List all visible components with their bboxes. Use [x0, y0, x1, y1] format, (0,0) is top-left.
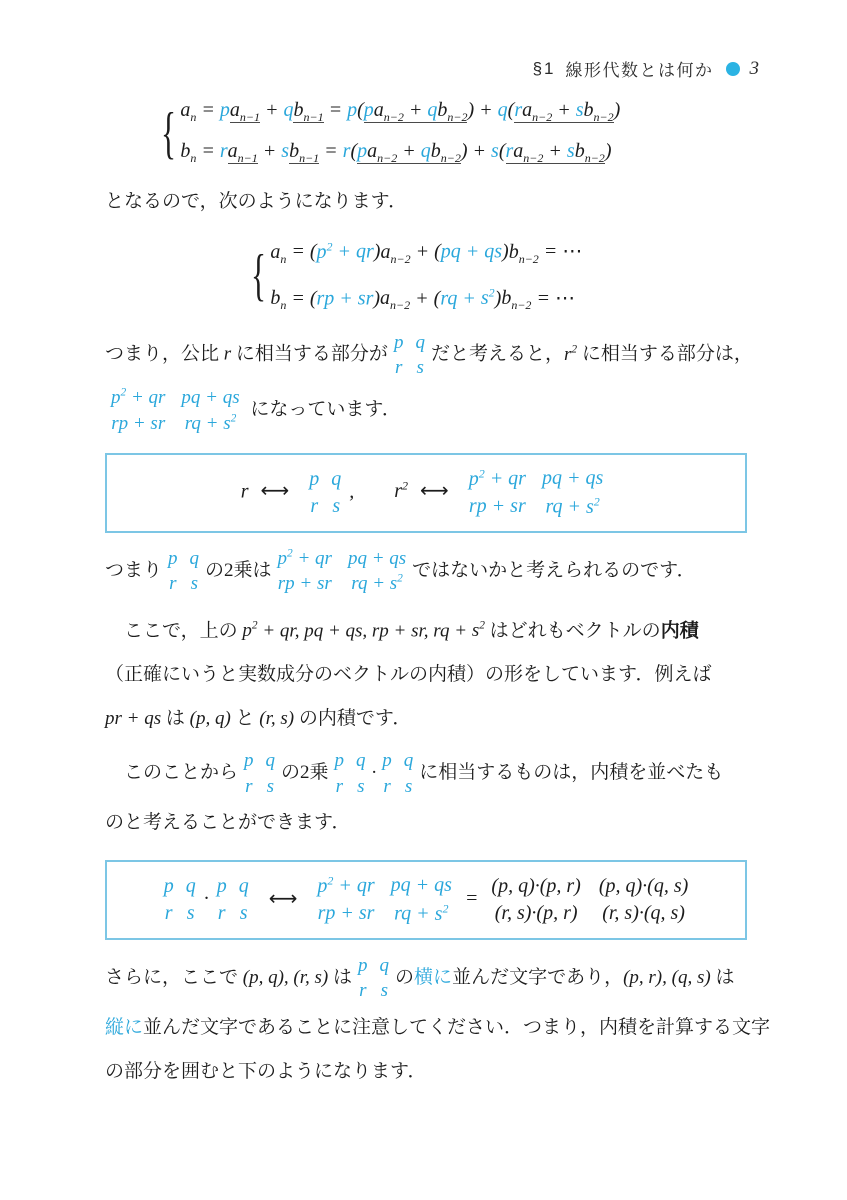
text-run: p	[309, 468, 319, 490]
text-run: bn−2	[437, 99, 467, 121]
text-run: )	[461, 140, 468, 162]
text-run: q	[421, 140, 431, 162]
matrix-cell: rq + s2	[185, 411, 237, 437]
text-run: an	[270, 241, 286, 263]
matrix-cell: q	[186, 873, 196, 900]
text-run: r	[383, 776, 390, 797]
text-run: bn−2	[431, 140, 461, 162]
matrix-cell: (p, q)·(q, s)	[599, 873, 688, 900]
text-run: s	[381, 980, 388, 1001]
text-line: p2 + qrpq + qsrp + srrq + s2 になっています．	[105, 385, 747, 436]
math-lines: r⟷pqrs,r2⟷p2 + qrpq + qsrp + srrq + s2	[107, 465, 745, 520]
matrix-product-box: pqrs·pqrs⟷p2 + qrpq + qsrp + srrq + s2 =…	[105, 860, 747, 939]
math-lines: さらに，ここで (p, q), (r, s) はpqrsの横に並んだ文字であり，…	[105, 953, 747, 1092]
matrix-2x2: pqrs	[164, 873, 196, 927]
text-run: s2	[481, 287, 495, 309]
text-run: ·	[204, 888, 209, 910]
left-right-arrow-icon: ⟷	[249, 478, 302, 502]
text-run: +	[552, 99, 576, 121]
text-run: rp + sr	[469, 495, 526, 517]
text-run: r2	[564, 344, 577, 365]
text-run: an−2	[522, 99, 552, 121]
math-lines: an = (p2 + qr)an−2 + (pq + qs)bn−2 = ⋯bn…	[270, 231, 582, 320]
matrix-cell: r	[383, 774, 390, 800]
text-run: =	[531, 287, 555, 309]
text-run: s2	[586, 496, 600, 518]
matrix-2x2: p2 + qrpq + qsrp + srrq + s2	[317, 872, 452, 927]
text-run: +	[260, 99, 284, 121]
matrix-2x2: (p, q)·(p, r)(p, q)·(q, s)(r, s)·(p, r)(…	[491, 873, 688, 927]
page-number: 3	[750, 58, 760, 80]
matrix-cell: q	[380, 953, 390, 979]
text-run: r	[359, 980, 366, 1001]
text-run: r	[169, 573, 176, 594]
math-lines: an = pan−1 + qbn−1 = p(pan−2 + qbn−2) + …	[180, 95, 620, 173]
text-run: + qr	[485, 468, 526, 490]
text-run: + qr	[293, 548, 332, 569]
text-run: ではないかと考えられるのです．	[412, 560, 695, 581]
matrix-cell: p	[335, 748, 345, 774]
text-run: q	[356, 750, 366, 771]
matrix-cell: r	[395, 355, 402, 381]
text-run: rp + sr	[317, 287, 374, 309]
text-run: rq +	[351, 573, 390, 594]
text-run: r	[218, 902, 226, 924]
text-run: s	[240, 902, 248, 924]
text-run: + (	[411, 241, 441, 263]
text-run: q	[331, 468, 341, 490]
text-run: an−2	[380, 241, 410, 263]
ellipsis-dots: ⋯	[562, 239, 582, 263]
math-lines: となるので，次のようになります．	[105, 182, 747, 222]
text-run: (	[357, 99, 364, 121]
text-line: pqrs·pqrs⟷p2 + qrpq + qsrp + srrq + s2 =…	[107, 872, 745, 927]
text-line: （正確にいうと実数成分のベクトルの内積）の形をしています．例えば	[105, 655, 747, 695]
text-run: rq +	[394, 903, 435, 925]
matrix-cell: (r, s)·(p, r)	[495, 900, 578, 927]
matrix-cell: s	[332, 493, 340, 520]
paragraph-row-column-note: さらに，ここで (p, q), (r, s) はpqrsの横に並んだ文字であり，…	[105, 953, 747, 1092]
matrix-cell: p	[168, 546, 178, 572]
paragraph-square-conjecture: つまりpqrsの2乗はp2 + qrpq + qsrp + srrq + s2で…	[105, 546, 747, 597]
text-run: bn−1	[293, 99, 323, 121]
text-line: となるので，次のようになります．	[105, 182, 747, 222]
text-run: s	[187, 902, 195, 924]
text-run: s	[405, 776, 412, 797]
text-run: (	[499, 140, 506, 162]
text-run: p	[364, 99, 374, 121]
text-run: は	[161, 708, 190, 729]
text-run: q	[190, 548, 200, 569]
text-run: =	[460, 888, 484, 910]
text-run: s	[332, 495, 340, 517]
text-run: (r, s)·(p, r)	[495, 902, 578, 924]
matrix-cell: p2 + qr	[469, 465, 526, 493]
text-run: s	[576, 99, 584, 121]
matrix-2x2: p2 + qrpq + qsrp + srrq + s2	[111, 385, 240, 436]
text-run: (r, s)·(q, s)	[602, 902, 685, 924]
text-run: の2乗は	[205, 560, 272, 581]
matrix-2x2: p2 + qrpq + qsrp + srrq + s2	[278, 546, 407, 597]
matrix-2x2: pqrs	[217, 873, 249, 927]
text-run: s	[357, 776, 364, 797]
text-run: p	[164, 875, 174, 897]
math-lines: ここで，上の p2 + qr, pq + qs, rp + sr, rq + s…	[105, 606, 747, 739]
text-line: の部分を囲むと下のようになります．	[105, 1052, 747, 1092]
section-title: 線形代数とは何か	[566, 56, 714, 81]
text-run: q	[498, 99, 508, 121]
text-run: r	[514, 99, 522, 121]
text-run: an−2	[513, 140, 543, 162]
matrix-cell: s	[405, 774, 412, 800]
matrix-cell: rp + sr	[278, 571, 332, 597]
text-run: rq +	[545, 496, 586, 518]
matrix-cell: q	[404, 748, 414, 774]
text-line: ここで，上の p2 + qr, pq + qs, rp + sr, rq + s…	[105, 606, 747, 651]
underline-group: bn−1	[289, 140, 319, 164]
text-run: r	[336, 776, 343, 797]
matrix-cell: q	[239, 873, 249, 900]
text-run: (p, q)·(q, s)	[599, 875, 688, 897]
text-run: このことから	[105, 762, 238, 783]
text-run: 縦に	[105, 1017, 143, 1038]
text-run: p2	[242, 620, 257, 641]
text-run: s2	[472, 620, 485, 641]
text-run: p2	[278, 548, 293, 569]
left-right-arrow-icon: ⟷	[257, 886, 310, 910]
text-run: pq + qs	[542, 467, 603, 489]
matrix-cell: r	[336, 774, 343, 800]
matrix-cell: rq + s2	[545, 493, 599, 521]
text-run: 横に	[414, 967, 452, 988]
matrix-2x2: pqrs	[382, 748, 413, 799]
matrix-cell: r	[165, 900, 173, 927]
text-run: r	[310, 495, 318, 517]
matrix-cell: (r, s)·(q, s)	[602, 900, 685, 927]
left-right-arrow-icon: ⟷	[408, 478, 461, 502]
text-line: pr + qs は (p, q) と (r, s) の内積です．	[105, 699, 747, 739]
text-run: bn−2	[501, 287, 531, 309]
text-run: r	[395, 357, 402, 378]
matrix-2x2: pqrs	[309, 466, 341, 520]
text-run: rq +	[440, 287, 481, 309]
matrix-cell: p	[358, 953, 368, 979]
matrix-cell: q	[331, 466, 341, 493]
text-run: s	[567, 140, 575, 162]
text-run: s2	[435, 903, 449, 925]
matrix-cell: r	[218, 900, 226, 927]
equation-recurrence-expanded: {an = pan−1 + qbn−1 = p(pan−2 + qbn−2) +…	[161, 95, 747, 173]
text-run: p	[394, 332, 404, 353]
text-run: + qr	[333, 241, 374, 263]
text-run: さらに，ここで	[105, 967, 243, 988]
matrix-2x2: pqrs	[244, 748, 275, 799]
text-run: p	[220, 99, 230, 121]
underline-group: pan−2 + qbn−2	[357, 140, 461, 164]
system-brace: {	[161, 108, 176, 159]
matrix-cell: p2 + qr	[111, 385, 165, 411]
paragraph-inner-product-explanation: ここで，上の p2 + qr, pq + qs, rp + sr, rq + s…	[105, 606, 747, 739]
text-run: pq + qs	[391, 874, 452, 896]
text-line: さらに，ここで (p, q), (r, s) はpqrsの横に並んだ文字であり，…	[105, 953, 747, 1004]
underline-group: an−1	[230, 99, 260, 123]
matrix-cell: p	[394, 330, 404, 356]
text-run: q	[427, 99, 437, 121]
text-run: =	[319, 140, 343, 162]
matrix-cell: s	[416, 355, 423, 381]
text-run: +	[468, 140, 492, 162]
matrix-2x2: pqrs	[168, 546, 199, 597]
matrix-cell: pq + qs	[542, 465, 603, 493]
underline-group: ran−2 + sbn−2	[514, 99, 613, 123]
matrix-2x2: pqrs	[335, 748, 366, 799]
text-run: +	[474, 99, 498, 121]
section-bullet-icon	[726, 62, 740, 76]
text-run: s	[281, 140, 289, 162]
text-run: =	[196, 140, 220, 162]
system-brace: {	[251, 250, 266, 301]
text-line: bn = ran−1 + sbn−1 = r(pan−2 + qbn−2) + …	[180, 136, 620, 173]
text-run: =	[196, 99, 220, 121]
underline-group: bn−1	[293, 99, 323, 123]
text-run: s2	[223, 413, 236, 434]
text-run: r	[245, 776, 252, 797]
text-run: an−2	[380, 287, 410, 309]
text-run: p	[217, 875, 227, 897]
text-run: r	[220, 140, 228, 162]
text-run: +	[543, 140, 567, 162]
text-run: 内積	[661, 620, 699, 641]
math-lines: つまり，公比 r に相当する部分がpqrsだと考えると，r2 に相当する部分は，…	[105, 329, 747, 436]
text-run: (p, q), (r, s)	[243, 967, 329, 988]
matrix-cell: s	[267, 774, 274, 800]
matrix-2x2: p2 + qrpq + qsrp + srrq + s2	[469, 465, 604, 520]
paragraph-intro-next: となるので，次のようになります．	[105, 182, 747, 222]
text-run: の2乗	[281, 762, 329, 783]
text-run: q	[380, 955, 390, 976]
text-run: に相当する部分が	[231, 344, 388, 365]
text-run: の	[395, 967, 414, 988]
text-run: bn−2	[509, 241, 539, 263]
text-run: s	[491, 140, 499, 162]
matrix-cell: s	[381, 978, 388, 1004]
text-run: p	[244, 750, 254, 771]
text-line: r⟷pqrs,r2⟷p2 + qrpq + qsrp + srrq + s2	[107, 465, 745, 520]
text-run: （正確にいうと実数成分のベクトルの内積）の形をしています．例えば	[105, 664, 711, 685]
matrix-cell: rp + sr	[469, 493, 526, 521]
matrix-cell: p	[244, 748, 254, 774]
text-line: つまりpqrsの2乗はp2 + qrpq + qsrp + srrq + s2で…	[105, 546, 747, 597]
page-header: §1 線形代数とは何か 3	[105, 56, 759, 81]
text-line: an = (p2 + qr)an−2 + (pq + qs)bn−2 = ⋯	[270, 231, 582, 274]
ellipsis-dots: ⋯	[555, 285, 575, 309]
text-run: +	[258, 140, 282, 162]
text-run: p	[335, 750, 345, 771]
text-run: rp + sr	[318, 902, 375, 924]
text-run: rq +	[185, 413, 224, 434]
text-run: p2	[469, 468, 485, 490]
text-run: s	[416, 357, 423, 378]
text-run: q	[186, 875, 196, 897]
text-run: bn−2	[575, 140, 605, 162]
textbook-page: §1 線形代数とは何か 3 {an = pan−1 + qbn−1 = p(pa…	[0, 0, 847, 1200]
text-run: の部分を囲むと下のようになります．	[105, 1061, 426, 1082]
text-run: pr + qs	[105, 708, 161, 729]
text-run: pq + qs	[441, 241, 502, 263]
text-run: と	[231, 708, 260, 729]
text-run: 並んだ文字であり，	[452, 967, 623, 988]
text-line: このことからpqrsの2乗pqrs·pqrsに相当するものは，内積を並べたも	[105, 748, 747, 799]
text-run: q	[283, 99, 293, 121]
text-run: + qr	[333, 875, 374, 897]
text-run: pq + qs	[348, 548, 406, 569]
text-run: q	[266, 750, 276, 771]
text-run: p2	[111, 387, 126, 408]
matrix-cell: rp + sr	[318, 900, 375, 928]
math-lines: このことからpqrsの2乗pqrs·pqrsに相当するものは，内積を並べたものと…	[105, 748, 747, 843]
text-run: an−2	[374, 99, 404, 121]
matrix-cell: pq + qs	[348, 546, 406, 572]
matrix-2x2: pqrs	[394, 330, 425, 381]
text-run: =	[324, 99, 348, 121]
text-run: an−1	[230, 99, 260, 121]
text-run: +	[404, 99, 428, 121]
text-run: bn−1	[289, 140, 319, 162]
text-run: + (	[410, 287, 440, 309]
text-run: an−2	[367, 140, 397, 162]
matrix-cell: p	[164, 873, 174, 900]
text-line: のと考えることができます．	[105, 803, 747, 843]
text-line: bn = (rp + sr)an−2 + (rq + s2)bn−2 = ⋯	[270, 278, 582, 321]
text-line: 縦に並んだ文字であることに注意してください．つまり，内積を計算する文字	[105, 1008, 747, 1048]
text-run: =	[539, 241, 563, 263]
text-run: s	[267, 776, 274, 797]
matrix-cell: (p, q)·(p, r)	[491, 873, 580, 900]
text-run: ここで，上の	[105, 620, 242, 641]
text-run: )	[502, 241, 509, 263]
matrix-cell: r	[310, 493, 318, 520]
matrix-cell: q	[190, 546, 200, 572]
text-run: p	[382, 750, 392, 771]
text-run: )	[614, 99, 621, 121]
text-run: に相当するものは，内積を並べたも	[419, 762, 723, 783]
text-run: になっています．	[246, 399, 401, 420]
matrix-cell: r	[359, 978, 366, 1004]
paragraph-product-arrangement: このことからpqrsの2乗pqrs·pqrsに相当するものは，内積を並べたものと…	[105, 748, 747, 843]
matrix-cell: rq + s2	[351, 571, 403, 597]
matrix-cell: p	[217, 873, 227, 900]
text-run: p	[358, 955, 368, 976]
text-run: rp + sr	[111, 413, 165, 434]
text-run: は	[328, 967, 352, 988]
matrix-cell: q	[356, 748, 366, 774]
text-run: つまり	[105, 560, 162, 581]
text-run: bn	[180, 140, 196, 162]
text-run: ·	[372, 762, 377, 783]
math-lines: pqrs·pqrs⟷p2 + qrpq + qsrp + srrq + s2 =…	[107, 872, 745, 927]
matrix-cell: p2 + qr	[317, 872, 374, 900]
text-run: 並んだ文字であることに注意してください．つまり，内積を計算する文字	[143, 1017, 770, 1038]
text-run: an−1	[228, 140, 258, 162]
text-run: + qr, pq + qs, rp + sr, rq +	[258, 620, 472, 641]
text-run: r	[241, 480, 249, 502]
section-number: §1	[533, 59, 556, 79]
matrix-cell: rp + sr	[111, 411, 165, 437]
text-run: に相当する部分は，	[577, 344, 753, 365]
matrix-cell: s	[187, 900, 195, 927]
text-run: = (	[286, 287, 316, 309]
matrix-cell: s	[240, 900, 248, 927]
text-run: r	[165, 902, 173, 924]
matrix-2x2: pqrs	[358, 953, 389, 1004]
text-run: は	[711, 967, 735, 988]
text-run: bn	[270, 287, 286, 309]
text-run: = (	[286, 241, 316, 263]
paragraph-ratio-correspondence: つまり，公比 r に相当する部分がpqrsだと考えると，r2 に相当する部分は，…	[105, 329, 747, 436]
text-run: an	[180, 99, 196, 121]
text-run: q	[415, 332, 425, 353]
matrix-cell: pq + qs	[181, 385, 239, 411]
matrix-cell: s	[191, 571, 198, 597]
text-run: s2	[390, 573, 403, 594]
matrix-cell: pq + qs	[391, 872, 452, 900]
matrix-cell: rq + s2	[394, 900, 448, 928]
text-run: p	[168, 548, 178, 569]
correspondence-box: r⟷pqrs,r2⟷p2 + qrpq + qsrp + srrq + s2	[105, 453, 747, 532]
matrix-cell: s	[357, 774, 364, 800]
text-run: (p, q)·(p, r)	[491, 875, 580, 897]
text-run: つまり，公比	[105, 344, 224, 365]
text-run: (p, r), (q, s)	[623, 967, 711, 988]
text-run: +	[397, 140, 421, 162]
text-run: だと考えると，	[431, 344, 564, 365]
text-run: p	[347, 99, 357, 121]
matrix-cell: r	[245, 774, 252, 800]
matrix-cell: p	[309, 466, 319, 493]
equation-squared-coefficients: {an = (p2 + qr)an−2 + (pq + qs)bn−2 = ⋯b…	[251, 231, 747, 320]
text-line: つまり，公比 r に相当する部分がpqrsだと考えると，r2 に相当する部分は，	[105, 329, 747, 381]
text-run: pq + qs	[181, 387, 239, 408]
matrix-cell: q	[266, 748, 276, 774]
matrix-cell: r	[169, 571, 176, 597]
text-run: となるので，次のようになります．	[105, 191, 407, 212]
underline-group: pan−2 + qbn−2	[364, 99, 468, 123]
text-run: rp + sr	[278, 573, 332, 594]
text-run: p	[357, 140, 367, 162]
text-run: p2	[317, 875, 333, 897]
matrix-cell: p	[382, 748, 392, 774]
text-run: (r, s)	[259, 708, 294, 729]
underline-group: an−1	[228, 140, 258, 164]
text-line: an = pan−1 + qbn−1 = p(pan−2 + qbn−2) + …	[180, 95, 620, 132]
underline-group: ran−2 + sbn−2	[506, 140, 605, 164]
text-run: (p, q)	[190, 708, 231, 729]
text-run: s	[191, 573, 198, 594]
text-run: のと考えることができます．	[105, 812, 350, 833]
text-run: + qr	[126, 387, 165, 408]
text-run: q	[404, 750, 414, 771]
matrix-cell: p2 + qr	[278, 546, 332, 572]
text-run: はどれもベクトルの	[485, 620, 661, 641]
text-run: bn−2	[584, 99, 614, 121]
math-lines: つまりpqrsの2乗はp2 + qrpq + qsrp + srrq + s2で…	[105, 546, 747, 597]
text-run: r2	[394, 480, 408, 502]
text-run: )	[605, 140, 612, 162]
text-run: q	[239, 875, 249, 897]
text-run: p2	[317, 241, 333, 263]
text-run: の内積です．	[294, 708, 411, 729]
text-run: ,	[349, 480, 354, 502]
